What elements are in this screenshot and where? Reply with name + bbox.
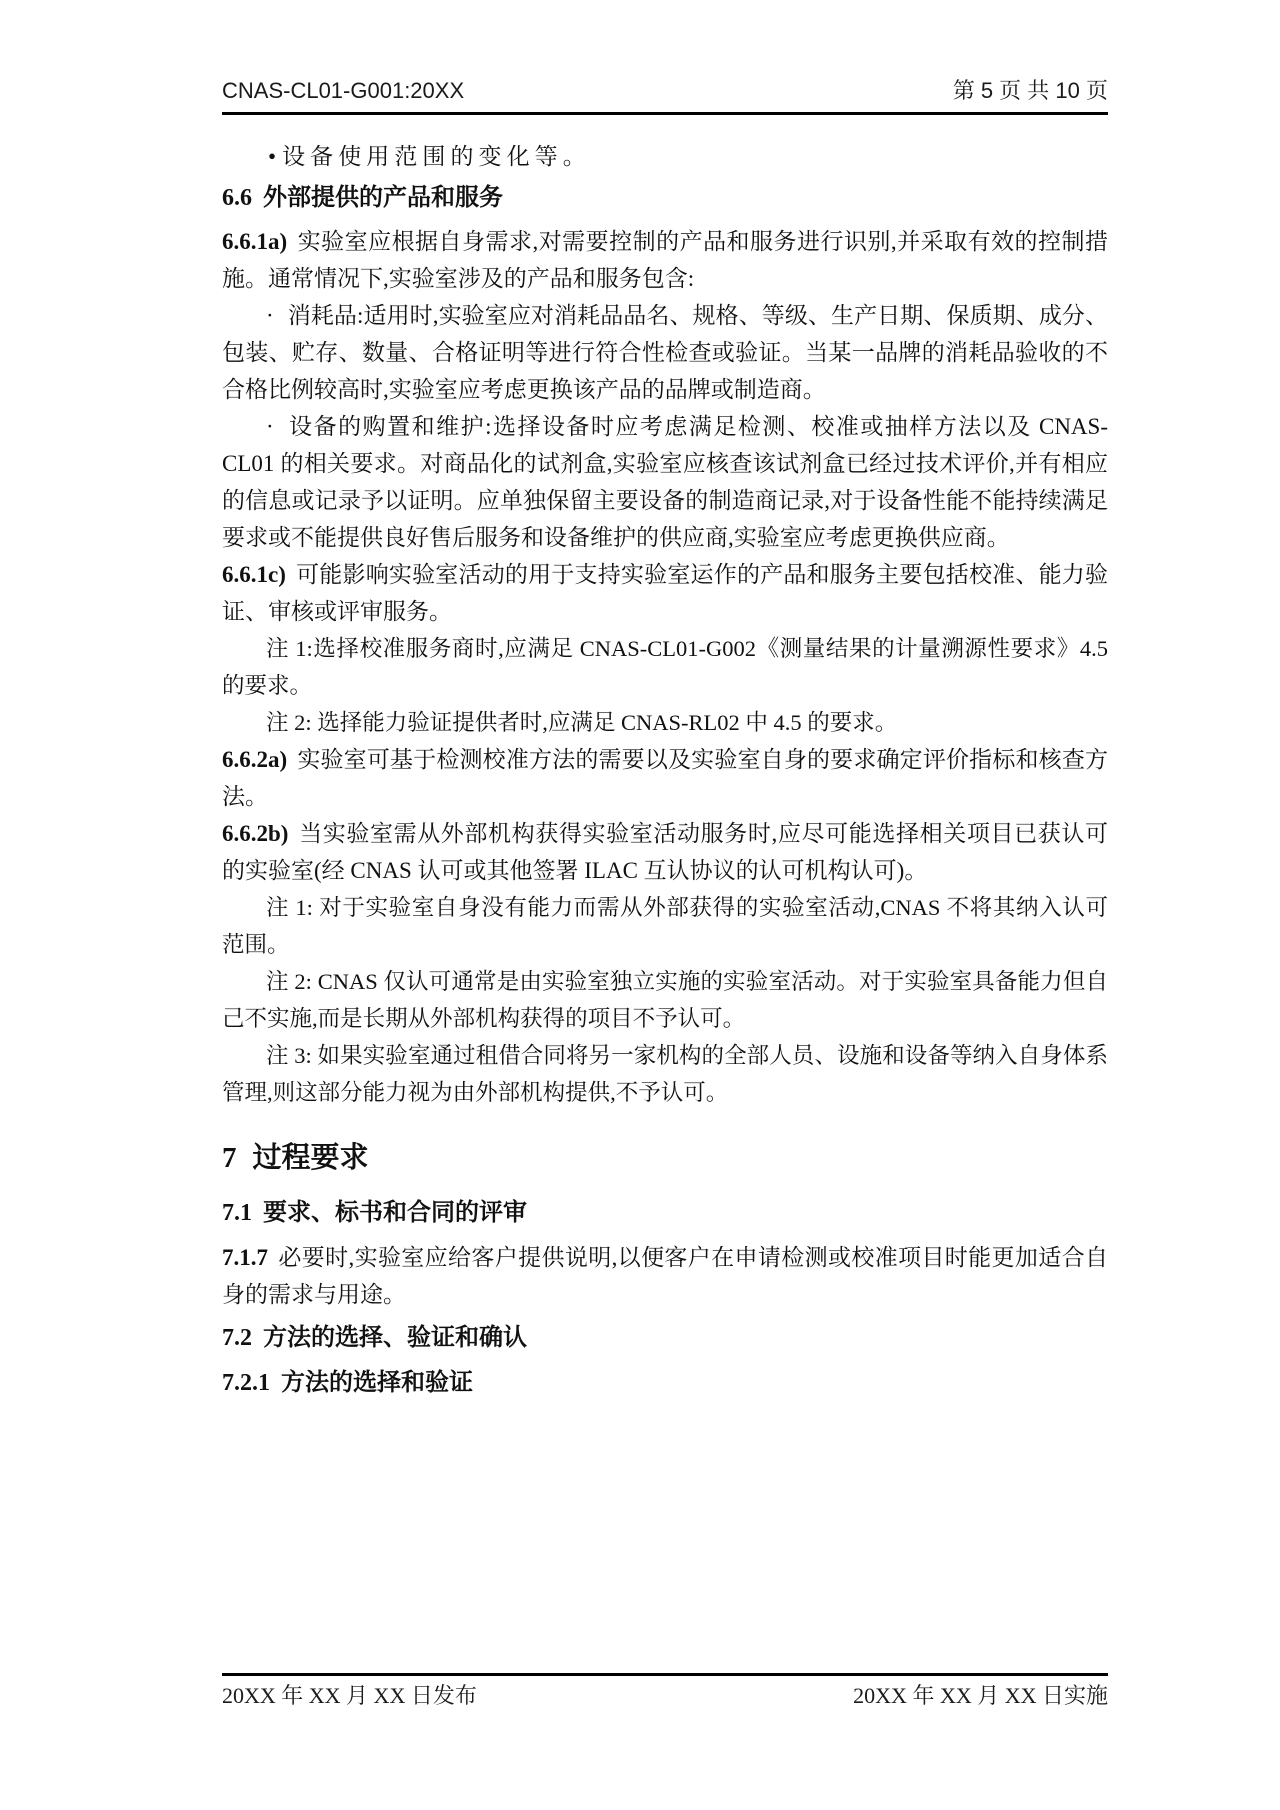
- bullet-text: 设备的购置和维护:选择设备时应考虑满足检测、校准或抽样方法以及 CNAS-CL0…: [222, 414, 1108, 550]
- bullet-icon: ·: [266, 303, 274, 328]
- note-external-activity-1: 注 1: 对于实验室自身没有能力而需从外部获得的实验室活动,CNAS 不将其纳入…: [222, 889, 1108, 963]
- clause-7-1-7: 7.1.7必要时,实验室应给客户提供说明,以便客户在申请检测或校准项目时能更加适…: [222, 1239, 1108, 1313]
- footer-rule: [222, 1673, 1108, 1676]
- bullet-equipment-purchase: ·设备的购置和维护:选择设备时应考虑满足检测、校准或抽样方法以及 CNAS-CL…: [222, 408, 1108, 556]
- heading-title: 过程要求: [253, 1142, 369, 1174]
- heading-title: 方法的选择、验证和确认: [263, 1325, 527, 1351]
- bullet-text: 设备使用范围的变化等。: [282, 144, 591, 169]
- clause-6-6-2b: 6.6.2b)当实验室需从外部机构获得实验室活动服务时,应尽可能选择相关项目已获…: [222, 815, 1108, 889]
- document-content: •设备使用范围的变化等。 6.6外部提供的产品和服务 6.6.1a)实验室应根据…: [222, 138, 1108, 1402]
- page-footer: 20XX 年 XX 月 XX 日发布 20XX 年 XX 月 XX 日实施: [222, 1682, 1108, 1710]
- note-pt-provider: 注 2: 选择能力验证提供者时,应满足 CNAS-RL02 中 4.5 的要求。: [222, 704, 1108, 741]
- clause-6-6-1c: 6.6.1c)可能影响实验室活动的用于支持实验室运作的产品和服务主要包括校准、能…: [222, 556, 1108, 630]
- clause-number: 6.6.2a): [222, 747, 287, 772]
- bullet-icon: ·: [266, 414, 274, 439]
- heading-title: 方法的选择和验证: [281, 1370, 473, 1396]
- bullet-consumables: ·消耗品:适用时,实验室应对消耗品品名、规格、等级、生产日期、保质期、成分、包装…: [222, 297, 1108, 408]
- heading-number: 7.1: [222, 1200, 252, 1226]
- doc-number: CNAS-CL01-G001:20XX: [222, 78, 464, 104]
- clause-number: 6.6.1a): [222, 229, 287, 254]
- note-external-activity-2: 注 2: CNAS 仅认可通常是由实验室独立实施的实验室活动。对于实验室具备能力…: [222, 963, 1108, 1037]
- heading-7-2: 7.2方法的选择、验证和确认: [222, 1320, 1108, 1357]
- bullet-text: 消耗品:适用时,实验室应对消耗品品名、规格、等级、生产日期、保质期、成分、包装、…: [222, 303, 1108, 402]
- bullet-icon: •: [268, 144, 281, 169]
- page-header: CNAS-CL01-G001:20XX 第 5 页 共 10 页: [222, 78, 1108, 104]
- issue-date: 20XX 年 XX 月 XX 日发布: [222, 1682, 477, 1710]
- heading-7-1: 7.1要求、标书和合同的评审: [222, 1195, 1108, 1232]
- heading-7: 7过程要求: [222, 1138, 1108, 1178]
- heading-title: 外部提供的产品和服务: [263, 185, 503, 211]
- clause-number: 6.6.2b): [222, 821, 288, 846]
- clause-number: 7.1.7: [222, 1245, 268, 1270]
- heading-7-2-1: 7.2.1方法的选择和验证: [222, 1365, 1108, 1402]
- page-indicator: 第 5 页 共 10 页: [953, 78, 1108, 104]
- clause-text: 实验室可基于检测校准方法的需要以及实验室自身的要求确定评价指标和核查方法。: [222, 747, 1108, 809]
- heading-number: 7.2.1: [222, 1370, 270, 1396]
- clause-text: 必要时,实验室应给客户提供说明,以便客户在申请检测或校准项目时能更加适合自身的需…: [222, 1245, 1108, 1307]
- implementation-date: 20XX 年 XX 月 XX 日实施: [853, 1682, 1108, 1710]
- note-calibration-provider: 注 1:选择校准服务商时,应满足 CNAS-CL01-G002《测量结果的计量溯…: [222, 630, 1108, 704]
- heading-number: 7.2: [222, 1325, 252, 1351]
- clause-text: 实验室应根据自身需求,对需要控制的产品和服务进行识别,并采取有效的控制措施。通常…: [222, 229, 1108, 291]
- header-rule: [222, 112, 1108, 115]
- clause-text: 当实验室需从外部机构获得实验室活动服务时,应尽可能选择相关项目已获认可的实验室(…: [222, 821, 1108, 883]
- bullet-equipment-scope: •设备使用范围的变化等。: [222, 138, 1108, 175]
- clause-text: 可能影响实验室活动的用于支持实验室运作的产品和服务主要包括校准、能力验证、审核或…: [222, 562, 1108, 624]
- clause-6-6-1a: 6.6.1a)实验室应根据自身需求,对需要控制的产品和服务进行识别,并采取有效的…: [222, 223, 1108, 297]
- clause-number: 6.6.1c): [222, 562, 286, 587]
- heading-6-6: 6.6外部提供的产品和服务: [222, 180, 1108, 217]
- heading-title: 要求、标书和合同的评审: [263, 1200, 527, 1226]
- heading-number: 7: [222, 1142, 237, 1174]
- note-external-activity-3: 注 3: 如果实验室通过租借合同将另一家机构的全部人员、设施和设备等纳入自身体系…: [222, 1037, 1108, 1111]
- document-page: CNAS-CL01-G001:20XX 第 5 页 共 10 页 •设备使用范围…: [0, 0, 1280, 1810]
- clause-6-6-2a: 6.6.2a)实验室可基于检测校准方法的需要以及实验室自身的要求确定评价指标和核…: [222, 741, 1108, 815]
- heading-number: 6.6: [222, 185, 252, 211]
